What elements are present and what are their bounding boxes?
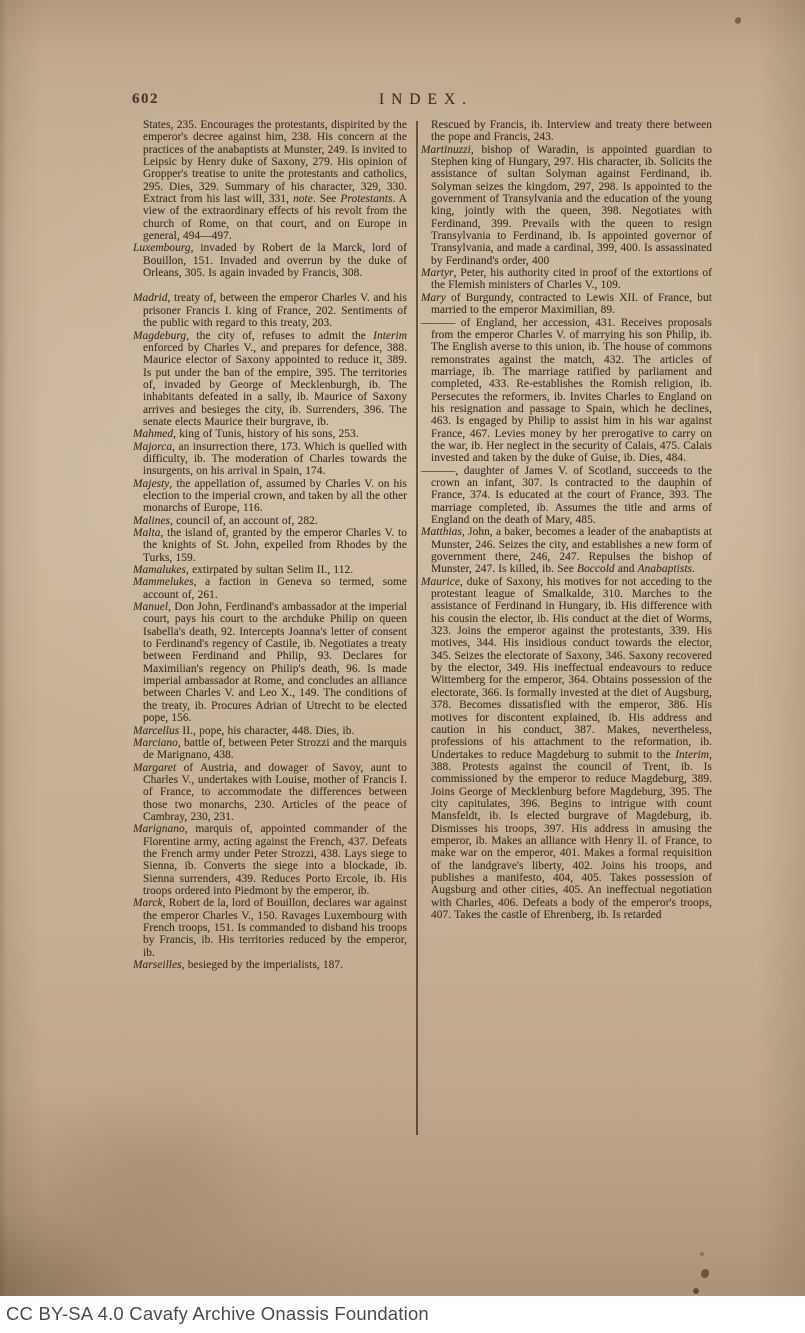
italic-text: Maurice [421, 576, 460, 588]
italic-text: Marck [133, 897, 163, 909]
column-divider-rule [416, 121, 418, 1135]
entry-text: , Robert de la, lord of Bouillon, declar… [143, 897, 407, 958]
index-entry: Mahmed, king of Tunis, history of his so… [133, 428, 407, 440]
italic-text: Protestants [340, 193, 392, 205]
italic-text: Marciano [133, 737, 178, 749]
italic-text: Matthias [421, 526, 462, 538]
ink-speck [734, 16, 742, 25]
entry-text: , an insurrection there, 173. Which is q… [143, 441, 407, 478]
italic-text: Mammelukes [133, 576, 194, 588]
entry-text: , extirpated by sultan Selim II., 112. [186, 564, 353, 576]
index-entry: Luxembourg, invaded by Robert de la Marc… [133, 242, 407, 279]
entry-text: , battle of, between Peter Strozzi and t… [143, 737, 407, 761]
index-entry: Martyr, Peter, his authority cited in pr… [421, 267, 712, 292]
entry-text: , treaty of, between the emperor Charles… [143, 292, 407, 329]
entry-text: , bishop of Waradin, is appointed guardi… [431, 144, 712, 267]
entry-text: ——— of England, her accession, 431. Rece… [421, 317, 712, 465]
ink-speck [693, 1288, 699, 1294]
index-entry: Mary of Burgundy, contracted to Lewis XI… [421, 292, 712, 317]
italic-text: Boccold [577, 563, 615, 575]
italic-text: Magdeburg [133, 330, 186, 342]
italic-text: Mary [421, 292, 446, 304]
entry-text: and [615, 563, 638, 575]
italic-text: Marcellus [133, 725, 179, 737]
entry-text: , Peter, his authority cited in proof of… [431, 267, 712, 291]
italic-text: Marseilles [133, 959, 182, 971]
entry-text: , council of, an account of, 282. [170, 515, 318, 527]
index-entry: ——— of England, her accession, 431. Rece… [421, 317, 712, 465]
entry-text: of Burgundy, contracted to Lewis XII. of… [431, 292, 712, 316]
index-entry: Majorca, an insurrection there, 173. Whi… [133, 441, 407, 478]
index-entry: Matthias, John, a baker, becomes a leade… [421, 526, 712, 575]
index-entry: Manuel, Don John, Ferdinand's ambassador… [133, 601, 407, 724]
page-title: INDEX. [133, 90, 712, 109]
entry-text: , duke of Saxony, his motives for not ac… [431, 576, 712, 761]
italic-text: Interim [373, 330, 407, 342]
entry-text: II., pope, his character, 448. Dies, ib. [179, 725, 354, 737]
index-entry: Marciano, battle of, between Peter Stroz… [133, 737, 407, 762]
index-entry: Malines, council of, an account of, 282. [133, 515, 407, 527]
italic-text: Majorca [133, 441, 172, 453]
entry-text: Rescued by Francis, ib. Interview and tr… [431, 119, 712, 143]
index-entry: Majesty, the appellation of, assumed by … [133, 478, 407, 515]
index-column-left: States, 235. Encourages the protestants,… [133, 119, 407, 971]
index-entry-continuation: Rescued by Francis, ib. Interview and tr… [421, 119, 712, 144]
entry-text: , king of Tunis, history of his sons, 25… [173, 428, 359, 440]
entry-text: enforced by Charles V., and prepares for… [143, 342, 407, 428]
italic-text: Luxembourg [133, 242, 191, 254]
entry-text: , the city of, refuses to admit the [186, 330, 373, 342]
italic-text: Martinuzzi [421, 144, 471, 156]
index-entry-continuation: States, 235. Encourages the protestants,… [133, 119, 407, 242]
italic-text: Manuel [133, 601, 168, 613]
license-caption: CC BY-SA 4.0 Cavafy Archive Onassis Foun… [6, 1300, 429, 1327]
entry-text: , the appellation of, assumed by Charles… [143, 478, 407, 515]
italic-text: Mamalukes [133, 564, 186, 576]
italic-text: Marignano [133, 823, 185, 835]
index-entry: Magdeburg, the city of, refuses to admit… [133, 330, 407, 429]
license-caption-bar: CC BY-SA 4.0 Cavafy Archive Onassis Foun… [0, 1296, 805, 1333]
italic-text: Margaret [133, 762, 176, 774]
index-entry: Mamalukes, extirpated by sultan Selim II… [133, 564, 407, 576]
index-entry: Madrid, treaty of, between the emperor C… [133, 292, 407, 329]
entry-text: , besieged by the imperialists, 187. [182, 959, 343, 971]
italic-text: Interim [675, 749, 709, 761]
entry-text: ———, daughter of James V. of Scotland, s… [421, 465, 712, 526]
entry-text: , 388. Protests against the council of T… [431, 749, 712, 921]
index-entry: Malta, the island of, granted by the emp… [133, 527, 407, 564]
italic-text: Madrid [133, 292, 167, 304]
index-entry: Margaret of Austria, and dowager of Savo… [133, 762, 407, 824]
index-entry: Marck, Robert de la, lord of Bouillon, d… [133, 897, 407, 959]
index-entry: Maurice, duke of Saxony, his motives for… [421, 576, 712, 922]
index-entry: Martinuzzi, bishop of Waradin, is appoin… [421, 144, 712, 267]
index-entry: Marignano, marquis of, appointed command… [133, 823, 407, 897]
italic-text: Martyr [421, 267, 454, 279]
index-entry: Marseilles, besieged by the imperialists… [133, 959, 407, 971]
ink-speck [700, 1252, 704, 1256]
entry-text: , Don John, Ferdinand's ambassador at th… [143, 601, 407, 724]
index-entry: ———, daughter of James V. of Scotland, s… [421, 465, 712, 527]
italic-text: Malines [133, 515, 170, 527]
scanned-book-page: 602 INDEX. States, 235. Encourages the p… [0, 0, 805, 1296]
ink-speck [701, 1269, 709, 1278]
index-entry: Marcellus II., pope, his character, 448.… [133, 725, 407, 737]
index-entry: Mammelukes, a faction in Geneva so terme… [133, 576, 407, 601]
entry-text: . See [313, 193, 341, 205]
entry-text: of Austria, and dowager of Savoy, aunt t… [143, 762, 407, 823]
italic-text: Anabaptists [638, 563, 692, 575]
italic-text: note [293, 193, 313, 205]
entry-text: , the island of, granted by the emperor … [143, 527, 407, 564]
index-column-right: Rescued by Francis, ib. Interview and tr… [421, 119, 712, 921]
italic-text: Majesty [133, 478, 169, 490]
italic-text: Malta [133, 527, 160, 539]
section-gap [133, 279, 407, 292]
entry-text: . [692, 563, 695, 575]
italic-text: Mahmed [133, 428, 173, 440]
